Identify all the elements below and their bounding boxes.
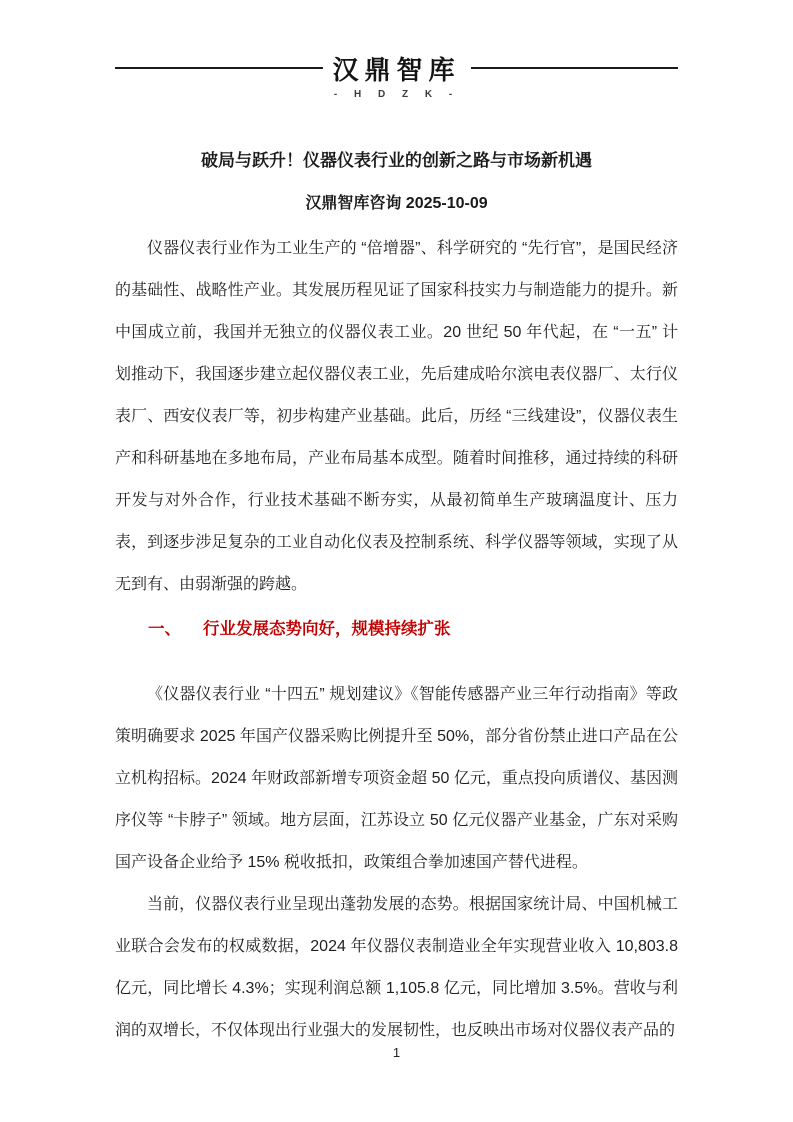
header-rule-left <box>115 67 323 69</box>
header-rule-right <box>471 67 679 69</box>
logo-text: 汉鼎智库 <box>333 50 461 87</box>
paragraph-intro: 仪器仪表行业作为工业生产的 “倍增器”、科学研究的 “先行官”，是国民经济的基础… <box>115 228 678 606</box>
logo-subtext: - H D Z K - <box>333 89 461 100</box>
section-number: 一、 <box>148 620 181 638</box>
brand-header: 汉鼎智库 - H D Z K - <box>115 50 678 100</box>
section-title: 行业发展态势向好，规模持续扩张 <box>203 620 451 638</box>
paragraph-policy: 《仪器仪表行业 “十四五” 规划建议》《智能传感器产业三年行动指南》等政策明确要… <box>115 674 678 884</box>
doc-title: 破局与跃升！仪器仪表行业的创新之路与市场新机遇 <box>60 146 733 171</box>
doc-byline: 汉鼎智库咨询 2025-10-09 <box>60 190 733 213</box>
section-heading: 一、行业发展态势向好，规模持续扩张 <box>115 608 678 650</box>
document-page: 汉鼎智库 - H D Z K - 破局与跃升！仪器仪表行业的创新之路与市场新机遇… <box>0 0 793 1122</box>
brand-logo: 汉鼎智库 - H D Z K - <box>323 50 471 100</box>
paragraph-market-data: 当前，仪器仪表行业呈现出蓬勃发展的态势。根据国家统计局、中国机械工业联合会发布的… <box>115 884 678 1052</box>
doc-body: 仪器仪表行业作为工业生产的 “倍增器”、科学研究的 “先行官”，是国民经济的基础… <box>115 228 678 1052</box>
page-number: 1 <box>0 1045 793 1060</box>
